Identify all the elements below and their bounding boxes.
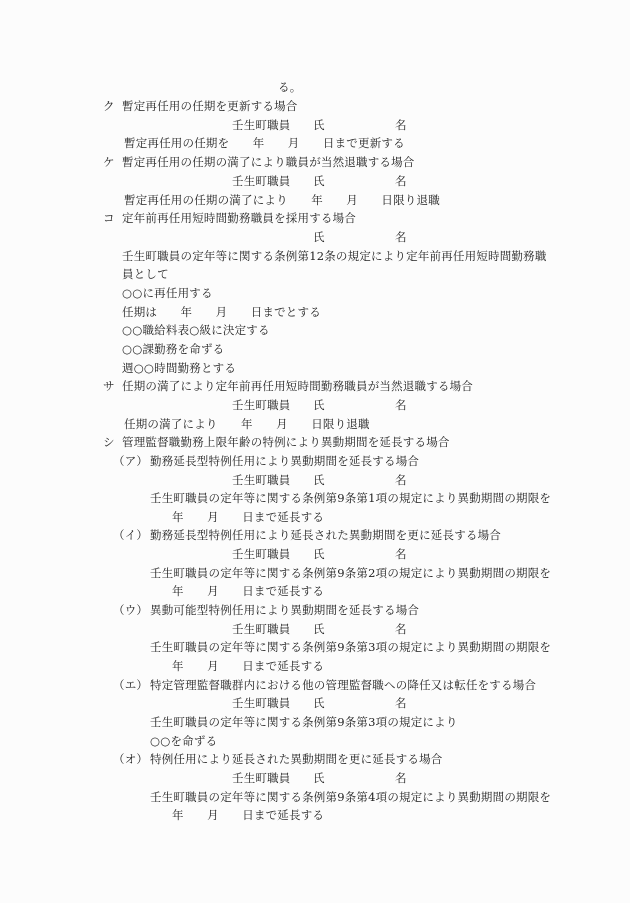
- document-line: 暫定再任用の任期を 年 月 日まで更新する: [124, 136, 405, 150]
- document-line: シ: [103, 435, 115, 449]
- document-line: 壬生町職員: [232, 696, 291, 710]
- document-line: ○○職給料表○級に決定する: [122, 323, 270, 337]
- document-line: 暫定再任用の任期の満了により職員が当然退職する場合: [122, 155, 415, 169]
- document-line: 名: [395, 118, 407, 132]
- document-line: 任期の満了により定年前再任用短時間勤務職員が当然退職する場合: [122, 379, 473, 393]
- document-line: 名: [395, 622, 407, 636]
- document-line: 員として: [122, 267, 169, 281]
- document-line: （エ）: [113, 678, 148, 692]
- document-line: 週○○時間勤務とする: [122, 361, 236, 375]
- document-line: 氏: [313, 174, 325, 188]
- document-line: 壬生町職員の定年等に関する条例第9条第1項の規定により異動期間の期限を: [150, 491, 551, 505]
- document-line: 氏: [313, 771, 325, 785]
- document-line: 壬生町職員: [232, 547, 291, 561]
- document-line: 名: [395, 473, 407, 487]
- document-line: 異動可能型特例任用により異動期間を延長する場合: [150, 603, 419, 617]
- document-line: サ: [103, 379, 115, 393]
- document-line: コ: [103, 211, 115, 225]
- document-line: ケ: [103, 155, 115, 169]
- document-line: 勤務延長型特例任用により延長された異動期間を更に延長する場合: [150, 528, 501, 542]
- document-line: 任期は 年 月 日までとする: [122, 305, 321, 319]
- document-line: 氏: [313, 230, 325, 244]
- document-line: 壬生町職員の定年等に関する条例第9条第3項の規定により: [150, 715, 458, 729]
- document-line: ○○に再任用する: [122, 286, 213, 300]
- document-line: 氏: [313, 622, 325, 636]
- document-line: 年 月 日まで延長する: [172, 808, 324, 822]
- document-line: 氏: [313, 398, 325, 412]
- document-line: 年 月 日まで延長する: [172, 659, 324, 673]
- document-line: 名: [395, 771, 407, 785]
- document-line: 壬生町職員: [232, 398, 291, 412]
- document-line: 壬生町職員の定年等に関する条例第12条の規定により定年前再任用短時間勤務職: [122, 249, 547, 263]
- document-line: 勤務延長型特例任用により異動期間を延長する場合: [150, 454, 419, 468]
- document-line: る。: [278, 80, 301, 94]
- document-line: （オ）: [113, 752, 148, 766]
- document-line: 壬生町職員: [232, 771, 291, 785]
- document-line: ○○を命ずる: [150, 734, 217, 748]
- document-line: 管理監督職勤務上限年齢の特例により異動期間を延長する場合: [122, 435, 450, 449]
- document-line: 壬生町職員: [232, 473, 291, 487]
- document-line: （ア）: [113, 454, 148, 468]
- document-line: ○○課勤務を命ずる: [122, 342, 224, 356]
- document-line: 氏: [313, 473, 325, 487]
- document-line: 壬生町職員の定年等に関する条例第9条第4項の規定により異動期間の期限を: [150, 790, 551, 804]
- document-line: （ウ）: [113, 603, 148, 617]
- document-line: 氏: [313, 547, 325, 561]
- document-line: 壬生町職員: [232, 622, 291, 636]
- document-line: 氏: [313, 118, 325, 132]
- document-line: 任期の満了により 年 月 日限り退職: [124, 417, 370, 431]
- document-line: 特例任用により延長された異動期間を更に延長する場合: [150, 752, 443, 766]
- document-line: 名: [395, 547, 407, 561]
- document-line: 暫定再任用の任期の満了により 年 月 日限り退職: [124, 193, 440, 207]
- document-line: 名: [395, 398, 407, 412]
- document-line: 名: [395, 174, 407, 188]
- document-line: 定年前再任用短時間勤務職員を採用する場合: [122, 211, 356, 225]
- document-line: ク: [103, 99, 115, 113]
- document-line: 年 月 日まで延長する: [172, 510, 324, 524]
- document-line: 暫定再任用の任期を更新する場合: [122, 99, 298, 113]
- document-line: （イ）: [113, 528, 148, 542]
- document-line: 壬生町職員の定年等に関する条例第9条第3項の規定により異動期間の期限を: [150, 640, 551, 654]
- document-page: る。ク暫定再任用の任期を更新する場合壬生町職員氏名暫定再任用の任期を 年 月 日…: [0, 0, 630, 903]
- document-line: 特定管理監督職群内における他の管理監督職への降任又は転任をする場合: [150, 678, 536, 692]
- document-line: 壬生町職員: [232, 174, 291, 188]
- document-line: 壬生町職員の定年等に関する条例第9条第2項の規定により異動期間の期限を: [150, 566, 551, 580]
- document-line: 氏: [313, 696, 325, 710]
- document-line: 壬生町職員: [232, 118, 291, 132]
- document-line: 名: [395, 230, 407, 244]
- document-line: 名: [395, 696, 407, 710]
- document-line: 年 月 日まで延長する: [172, 584, 324, 598]
